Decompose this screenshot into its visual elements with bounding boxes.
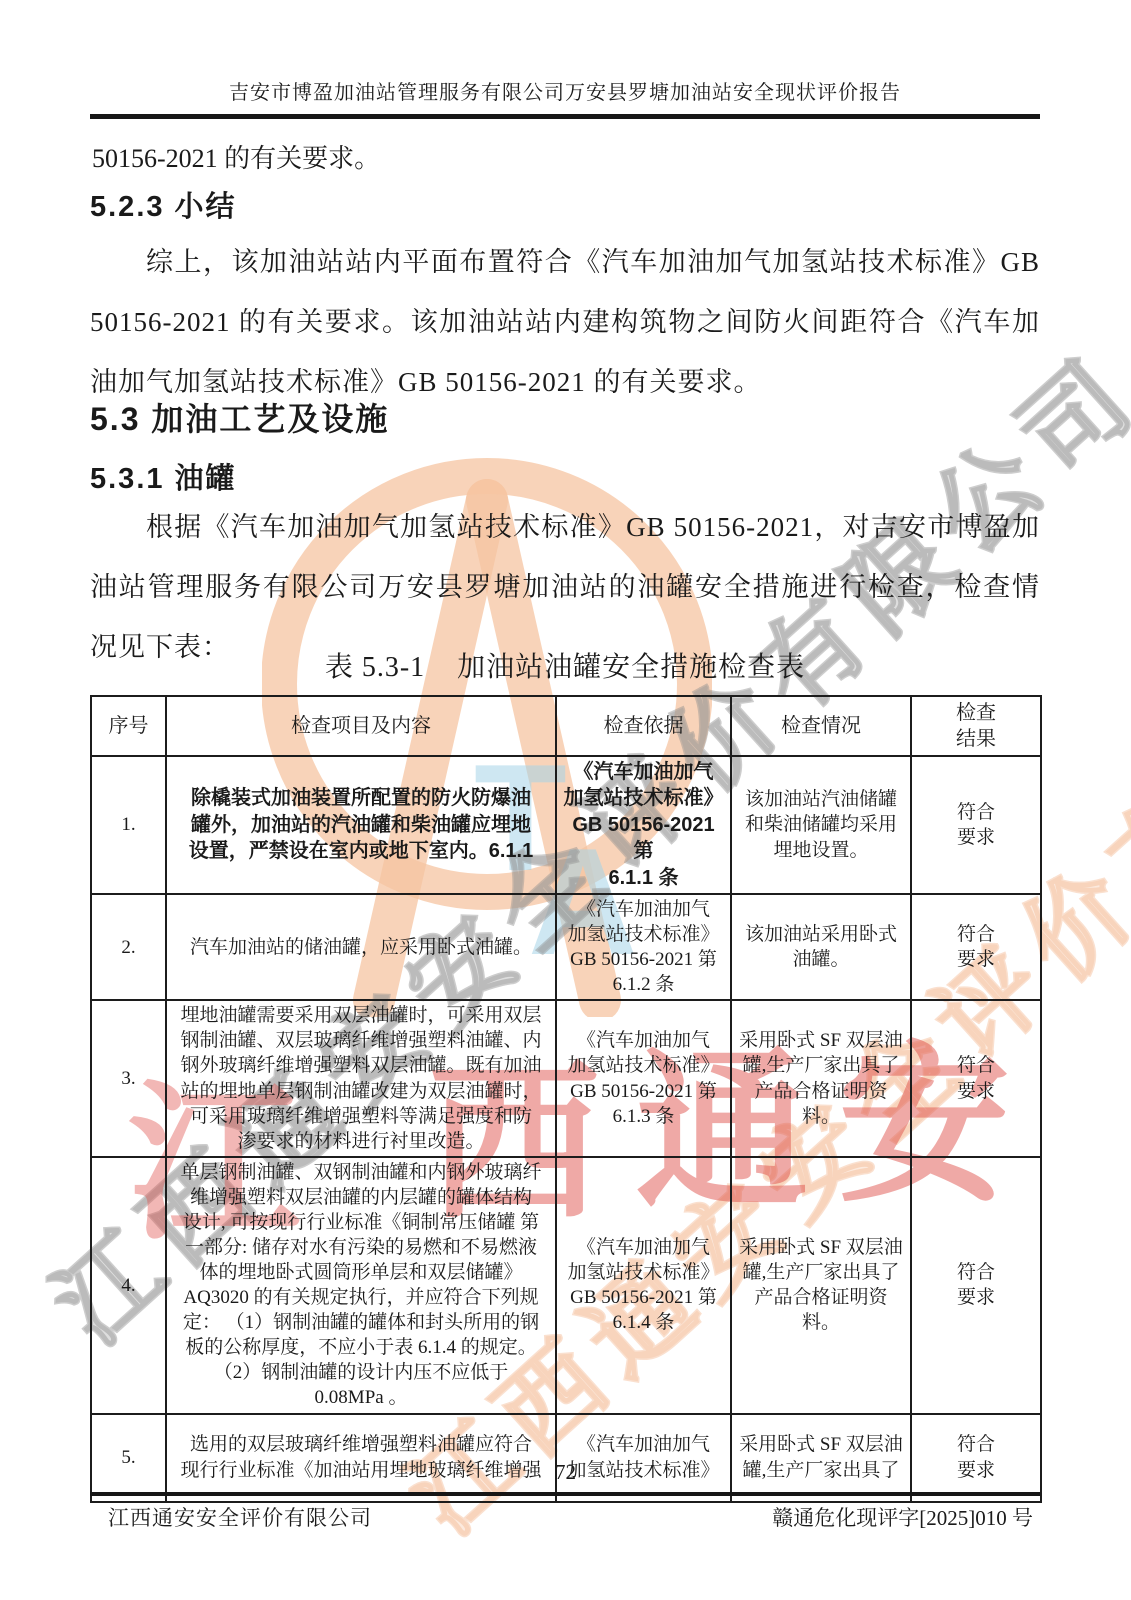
table-row: 5. 选用的双层玻璃纤维增强塑料油罐应符合 现行行业标准《加油站用埋地玻璃纤维增… xyxy=(91,1414,1041,1502)
cell-item: 单层钢制油罐、双钢制油罐和内钢外玻璃纤 维增强塑料双层油罐的内层罐的罐体结构 设… xyxy=(166,1157,556,1414)
cell-basis: 《汽车加油加气 加氢站技术标准》 GB 50156-2021 第 6.1.4 条 xyxy=(556,1157,731,1414)
report-header-title: 吉安市博盈加油站管理服务有限公司万安县罗塘加油站安全现状评价报告 xyxy=(90,76,1040,119)
heading-5-2-3: 5.2.3 小结 xyxy=(90,184,237,225)
cell-item: 除橇装式加油装置所配置的防火防爆油 罐外，加油站的汽油罐和柴油罐应埋地 设置，严… xyxy=(166,756,556,894)
table-row: 2. 汽车加油站的储油罐，应采用卧式油罐。 《汽车加油加气 加氢站技术标准》 G… xyxy=(91,894,1041,1000)
paragraph-continued: 50156-2021 的有关要求。 xyxy=(92,138,380,175)
col-header-result: 检查 结果 xyxy=(911,696,1041,756)
footer-rule xyxy=(90,1492,1040,1496)
cell-result: 符合 要求 xyxy=(911,1000,1041,1156)
cell-item: 选用的双层玻璃纤维增强塑料油罐应符合 现行行业标准《加油站用埋地玻璃纤维增强 xyxy=(166,1414,556,1502)
cell-no: 5. xyxy=(91,1414,166,1502)
cell-basis: 《汽车加油加气 加氢站技术标准》 GB 50156-2021 第 6.1.3 条 xyxy=(556,1000,731,1156)
cell-basis: 《汽车加油加气 加氢站技术标准》 xyxy=(556,1414,731,1502)
cell-status: 采用卧式 SF 双层油 罐,生产厂家出具了 产品合格证明资料。 xyxy=(731,1000,911,1156)
page-number: 72 xyxy=(0,1460,1131,1485)
footer-company: 江西通安安全评价有限公司 xyxy=(108,1502,372,1532)
cell-result: 符合 要求 xyxy=(911,1157,1041,1414)
table-header-row: 序号 检查项目及内容 检查依据 检查情况 检查 结果 xyxy=(91,696,1041,756)
cell-item: 埋地油罐需要采用双层油罐时，可采用双层 钢制油罐、双层玻璃纤维增强塑料油罐、内 … xyxy=(166,1000,556,1156)
table-row: 1. 除橇装式加油装置所配置的防火防爆油 罐外，加油站的汽油罐和柴油罐应埋地 设… xyxy=(91,756,1041,894)
col-header-item: 检查项目及内容 xyxy=(166,696,556,756)
cell-basis: 《汽车加油加气 加氢站技术标准》 GB 50156-2021 第 6.1.2 条 xyxy=(556,894,731,1000)
footer-doc-number: 赣通危化现评字[2025]010 号 xyxy=(772,1502,1033,1532)
cell-result: 符合 要求 xyxy=(911,1414,1041,1502)
cell-no: 4. xyxy=(91,1157,166,1414)
heading-5-3: 5.3 加油工艺及设施 xyxy=(90,394,389,440)
tank-safety-check-table: 序号 检查项目及内容 检查依据 检查情况 检查 结果 1. 除橇装式加油装置所配… xyxy=(90,695,1042,1503)
cell-basis: 《汽车加油加气 加氢站技术标准》 GB 50156-2021 第 6.1.1 条 xyxy=(556,756,731,894)
col-header-basis: 检查依据 xyxy=(556,696,731,756)
cell-status: 该加油站采用卧式 油罐。 xyxy=(731,894,911,1000)
heading-5-3-1: 5.3.1 油罐 xyxy=(90,456,237,497)
table-row: 3. 埋地油罐需要采用双层油罐时，可采用双层 钢制油罐、双层玻璃纤维增强塑料油罐… xyxy=(91,1000,1041,1156)
table-title: 表 5.3-1 加油站油罐安全措施检查表 xyxy=(90,645,1040,685)
page-content: 吉安市博盈加油站管理服务有限公司万安县罗塘加油站安全现状评价报告 50156-2… xyxy=(0,0,1131,1600)
cell-status: 采用卧式 SF 双层油 罐,生产厂家出具了 xyxy=(731,1414,911,1502)
cell-result: 符合 要求 xyxy=(911,756,1041,894)
col-header-status: 检查情况 xyxy=(731,696,911,756)
cell-no: 2. xyxy=(91,894,166,1000)
cell-no: 1. xyxy=(91,756,166,894)
cell-status: 采用卧式 SF 双层油 罐,生产厂家出具了 产品合格证明资料。 xyxy=(731,1157,911,1414)
document-page: T A 江西通安安全评价有限公司 江西通安安全评价有限公司 江 西 通 安 吉安… xyxy=(0,0,1131,1600)
cell-status: 该加油站汽油储罐 和柴油储罐均采用 埋地设置。 xyxy=(731,756,911,894)
table-row: 4. 单层钢制油罐、双钢制油罐和内钢外玻璃纤 维增强塑料双层油罐的内层罐的罐体结… xyxy=(91,1157,1041,1414)
cell-no: 3. xyxy=(91,1000,166,1156)
col-header-no: 序号 xyxy=(91,696,166,756)
cell-item: 汽车加油站的储油罐，应采用卧式油罐。 xyxy=(166,894,556,1000)
paragraph-summary: 综上，该加油站站内平面布置符合《汽车加油加气加氢站技术标准》GB 50156-2… xyxy=(90,232,1040,412)
cell-result: 符合 要求 xyxy=(911,894,1041,1000)
